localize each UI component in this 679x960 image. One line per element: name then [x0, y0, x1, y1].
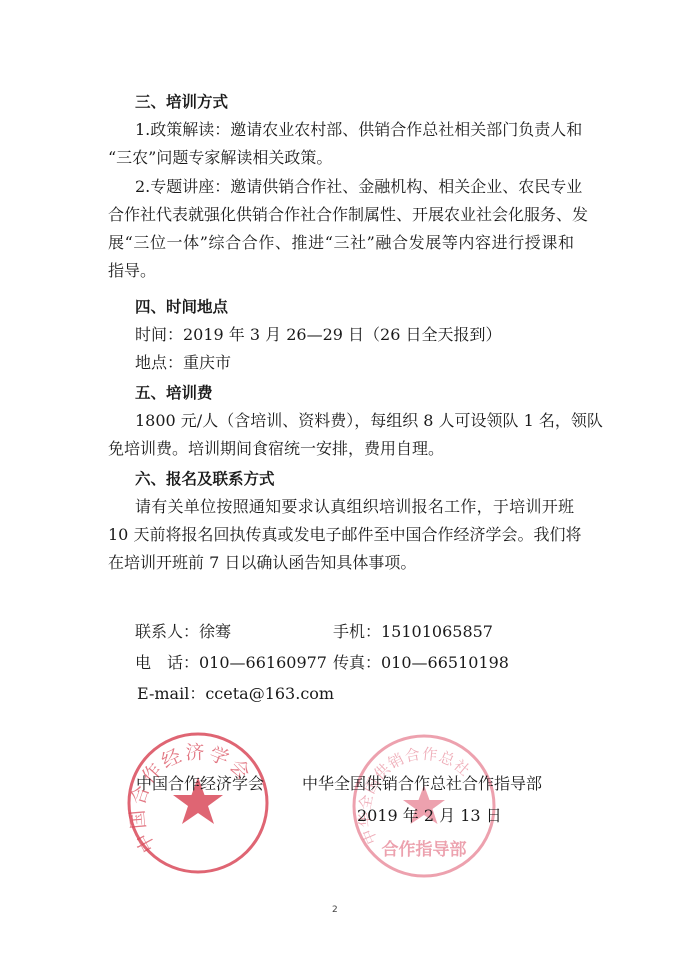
paragraph-line: 展“三位一体”综合合作、推进“三社”融合发展等内容进行授课和 — [108, 233, 574, 253]
contact-mobile: 手机：15101065857 — [333, 622, 493, 642]
stamp-cceta: 中国合作经济学会 — [126, 731, 270, 875]
svg-text:合作指导部: 合作指导部 — [382, 839, 467, 860]
contact-person: 联系人：徐骞 — [135, 622, 231, 642]
paragraph-line: 1.政策解读：邀请农业农村部、供销合作总社相关部门负责人和 — [135, 120, 574, 140]
signature-date: 2019 年 2 月 13 日 — [357, 806, 502, 826]
paragraph-line: 10 天前将报名回执传真或发电子邮件至中国合作经济学会。我们将 — [108, 525, 574, 545]
section-heading-registration: 六、报名及联系方式 — [135, 469, 275, 489]
paragraph-line: 请有关单位按照通知要求认真组织培训报名工作，于培训开班 — [135, 497, 574, 517]
paragraph-line: 2.专题讲座：邀请供销合作社、金融机构、相关企业、农民专业 — [135, 177, 574, 197]
time-line: 时间：2019 年 3 月 26—29 日（26 日全天报到） — [135, 325, 502, 345]
paragraph-line: 指导。 — [108, 261, 156, 281]
page-number: 2 — [332, 905, 338, 915]
signatory-cceta: 中国合作经济学会 — [136, 774, 264, 794]
contact-email: E-mail：cceta@163.com — [137, 684, 334, 704]
section-heading-time-place: 四、时间地点 — [135, 297, 228, 317]
section-heading-fee: 五、培训费 — [135, 383, 213, 403]
paragraph-line: 1800 元/人（含培训、资料费），每组织 8 人可设领队 1 名，领队 — [135, 411, 574, 431]
place-line: 地点：重庆市 — [135, 353, 231, 373]
svg-text:中华全国供销合作总社: 中华全国供销合作总社 — [356, 745, 475, 847]
paragraph-line: 合作社代表就强化供销合作社合作制属性、开展农业社会化服务、发 — [108, 205, 574, 225]
contact-phone: 电 话：010—66160977 — [135, 653, 327, 673]
document-page: 三、培训方式 1.政策解读：邀请农业农村部、供销合作总社相关部门负责人和 “三农… — [0, 0, 679, 960]
paragraph-line: “三农”问题专家解读相关政策。 — [108, 148, 332, 168]
section-heading-training-method: 三、培训方式 — [135, 92, 228, 112]
red-seal-icon: 中国合作经济学会 — [126, 731, 270, 875]
signatory-guidance-dept: 中华全国供销合作总社合作指导部 — [302, 774, 542, 794]
paragraph-line: 免培训费。培训期间食宿统一安排，费用自理。 — [108, 439, 444, 459]
contact-fax: 传真：010—66510198 — [333, 653, 509, 673]
paragraph-line: 在培训开班前 7 日以确认函告知具体事项。 — [108, 553, 416, 573]
